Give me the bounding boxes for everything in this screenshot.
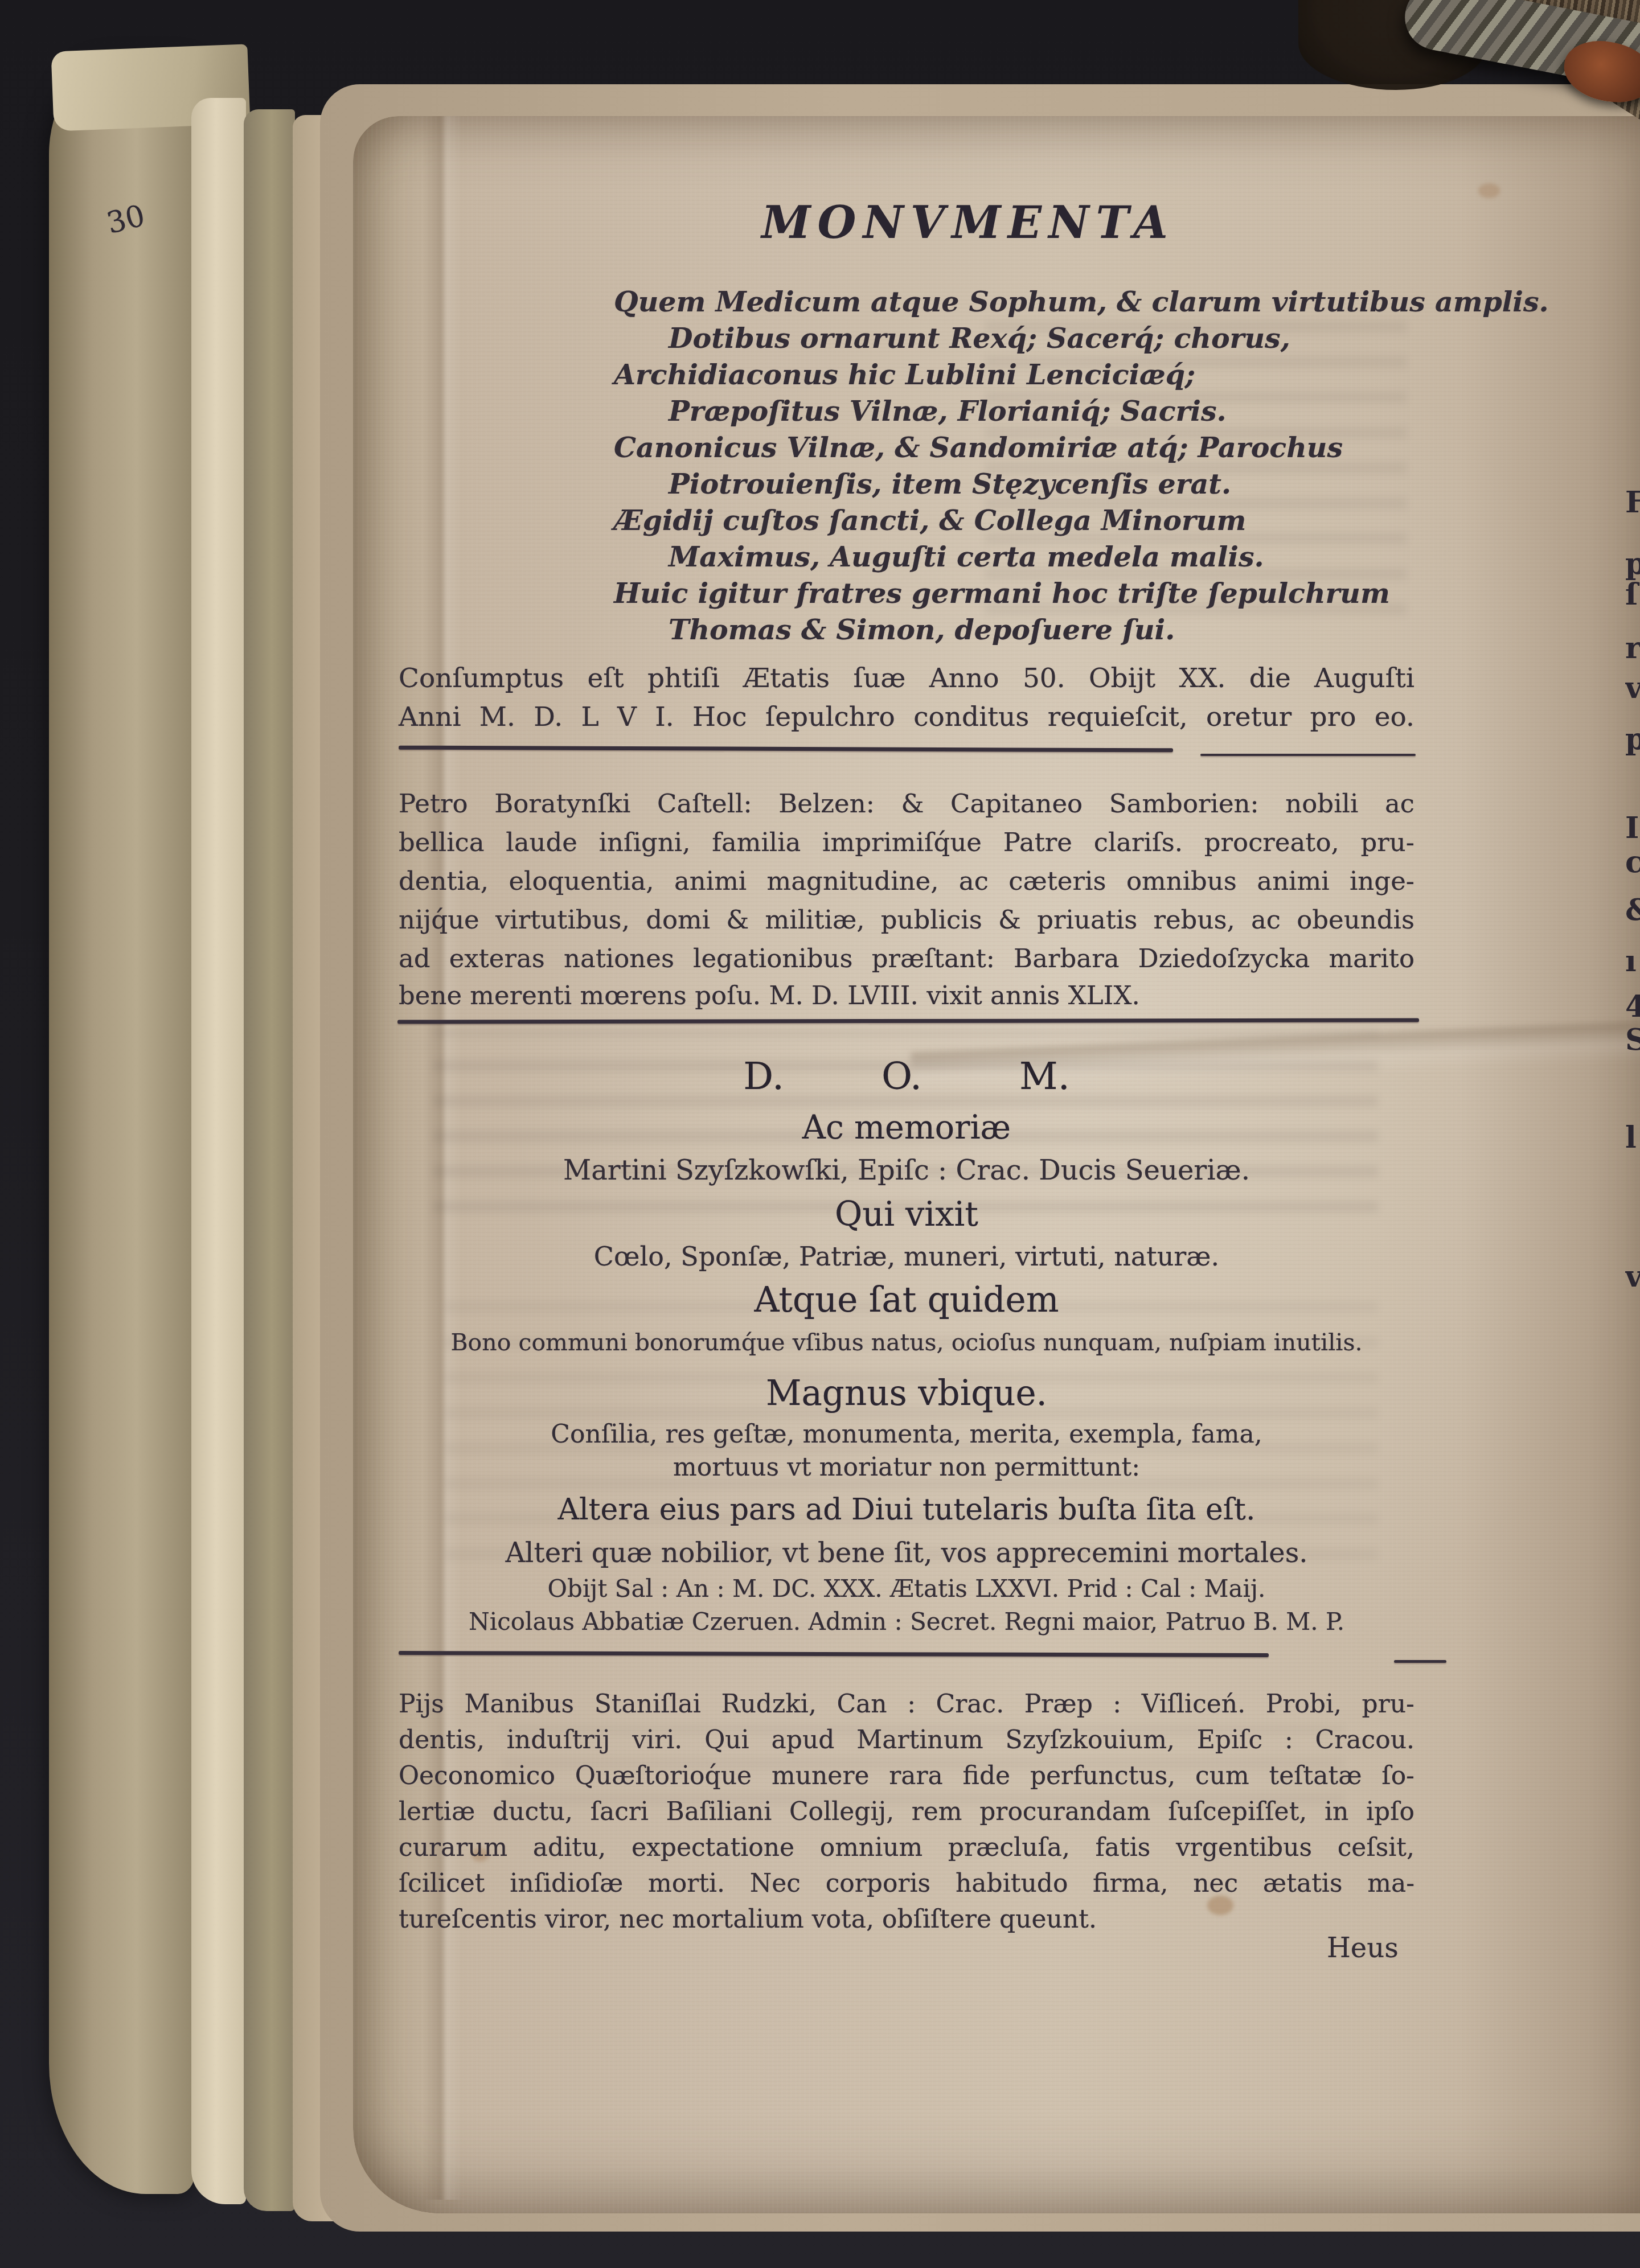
paragraph-line: Petro Boratynſki Caſtell: Belzen: & Capi…	[399, 788, 1414, 819]
memorial-line: Nicolaus Abbatiæ Czeruen. Admin : Secret…	[399, 1608, 1414, 1636]
running-title: MONVMENTA	[467, 197, 1469, 249]
memorial-line: Conſilia, res geſtæ, monumenta, merita, …	[399, 1420, 1414, 1449]
edge-glyph: F	[1625, 485, 1640, 520]
edge-glyph: p	[1625, 547, 1640, 581]
book-page-edge-stack	[49, 64, 195, 2194]
edge-glyph: l	[1625, 1120, 1637, 1155]
verse-line: Archidiaconus hic Lublini Lenciciæq́;	[614, 356, 1422, 393]
section-rule-segment	[1394, 1660, 1446, 1663]
memorial-line: Ac memoriæ	[399, 1109, 1414, 1147]
memorial-line: Qui vixit	[399, 1194, 1414, 1234]
paragraph-line: dentia, eloquentia, animi magnitudine, a…	[399, 866, 1414, 896]
foxing-spot	[1478, 183, 1500, 198]
edge-glyph: ſ	[1625, 577, 1638, 612]
edge-glyph: I	[1625, 811, 1639, 845]
facing-page-edge: F p ſ r v p I c & ı 4 S l v	[1625, 0, 1640, 2268]
edge-glyph: S	[1625, 1022, 1640, 1057]
memorial-line: mortuus vt moriatur non permittunt:	[399, 1453, 1414, 1482]
verse-line: Quem Medicum atque Sophum, & clarum virt…	[614, 283, 1422, 320]
edge-glyph: p	[1625, 722, 1640, 757]
paragraph-line: nijq́ue virtutibus, domi & militiæ, publ…	[399, 905, 1414, 935]
edge-glyph: 4	[1625, 989, 1640, 1024]
section-rule-segment	[1200, 754, 1416, 756]
edge-glyph: r	[1625, 631, 1640, 665]
memorial-line: Obijt Sal : An : M. DC. XXX. Ætatis LXXV…	[399, 1575, 1414, 1603]
edge-glyph: c	[1625, 845, 1640, 880]
paragraph-line: tureſcentis viror, nec mortalium vota, o…	[399, 1905, 1414, 1934]
memorial-line: Altera eius pars ad Diui tutelaris buſta…	[399, 1493, 1414, 1527]
memorial-line: Cœlo, Sponſæ, Patriæ, muneri, virtuti, n…	[399, 1241, 1414, 1272]
memorial-line: Alteri quæ nobilior, vt bene ſit, vos ap…	[399, 1537, 1414, 1569]
edge-glyph: &	[1625, 893, 1640, 927]
memorial-line: Atque ſat quidem	[399, 1280, 1414, 1320]
memorial-line: Magnus vbique.	[399, 1373, 1414, 1414]
verse-line: Dotibus ornarunt Rexq́; Sacerq́; chorus,	[614, 320, 1422, 356]
catchword: Heus	[1327, 1932, 1399, 1964]
paragraph-line: curarum aditu, expectatione omnium præcl…	[399, 1833, 1414, 1862]
verse-line: Piotrouienſis, item Stęzycenſis erat.	[614, 466, 1422, 502]
paragraph-line: dentis, induſtrij viri. Qui apud Martinu…	[399, 1725, 1414, 1755]
paragraph-line: ad exteras nationes legationibus præſtan…	[399, 943, 1414, 973]
verse-epitaph: Quem Medicum atque Sophum, & clarum virt…	[614, 283, 1422, 648]
verse-line: Canonicus Vilnæ, & Sandomiriæ atq́; Paro…	[614, 429, 1422, 466]
paragraph-line: Oeconomico Quæſtorioq́ue munere rara fid…	[399, 1761, 1414, 1790]
verse-line: Ægidij cuſtos ſancti, & Collega Minorum	[614, 502, 1422, 539]
book-page-edge-dark	[244, 109, 295, 2211]
dedication-dom: D. O. M.	[399, 1054, 1414, 1098]
verse-line: Huic igitur fratres germani hoc triſte ſ…	[614, 575, 1422, 611]
book-scan-page: { "appearance": { "paper_color": "#cbbca…	[0, 0, 1640, 2268]
gutter-shadow	[1458, 116, 1640, 2213]
paragraph-line: bene merenti mœrens poſu. M. D. LVIII. v…	[399, 980, 1414, 1010]
paragraph-line: lertiæ ductu, ſacri Baſiliani Collegij, …	[399, 1797, 1414, 1826]
memorial-line: Martini Szyſzkowſki, Epiſc : Crac. Ducis…	[399, 1154, 1414, 1186]
verse-line: Thomas & Simon, depoſuere ſui.	[614, 611, 1422, 648]
verse-line: Maximus, Auguſti certa medela malis.	[614, 539, 1422, 575]
book-page-edge-light	[191, 98, 246, 2204]
verse-line: Præpoſitus Vilnæ, Florianiq́; Sacris.	[614, 393, 1422, 429]
paragraph-line: ſcilicet inſidioſæ morti. Nec corporis h…	[399, 1869, 1414, 1898]
edge-glyph: v	[1625, 671, 1640, 705]
colophon-line: Anni M. D. L V I. Hoc ſepulchro conditus…	[399, 701, 1414, 733]
edge-glyph: v	[1625, 1259, 1640, 1294]
memorial-line: Bono communi bonorumq́ue vſibus natus, o…	[399, 1329, 1414, 1356]
paragraph-line: Pijs Manibus Staniſlai Rudzki, Can : Cra…	[399, 1690, 1414, 1719]
colophon-line: Conſumptus eſt phtiſi Ætatis ſuæ Anno 50…	[399, 663, 1414, 694]
edge-glyph: ı	[1625, 944, 1637, 979]
paragraph-line: bellica laude inſigni, familia imprimiſq…	[399, 827, 1414, 857]
